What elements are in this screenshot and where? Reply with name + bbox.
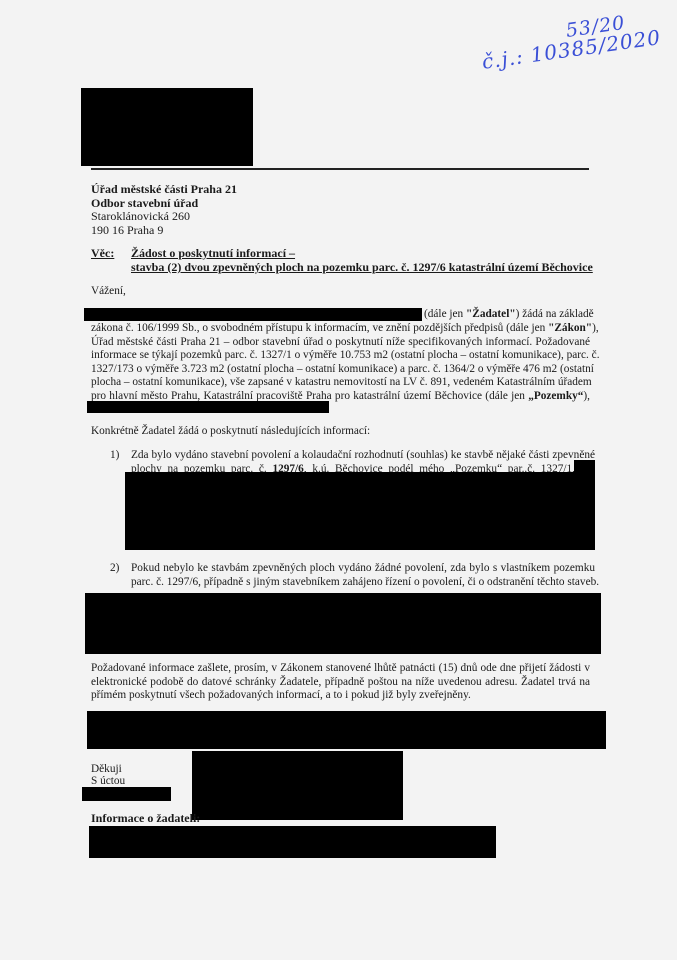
header-divider	[91, 168, 589, 170]
redacted-applicant-info	[89, 826, 496, 858]
applicant-info-heading: Informace o žadateli:	[91, 812, 200, 826]
subject-line-1: Žádost o poskytnutí informací –	[131, 246, 295, 260]
intro-line-3: Úřad městské části Praha 21 – odbor stav…	[91, 336, 590, 350]
intro-line-4: informace se týkají pozemků parc. č. 132…	[91, 349, 590, 363]
redacted-signature	[192, 751, 403, 820]
subject-label: Věc:	[91, 246, 114, 260]
redacted-applicant-name	[84, 308, 422, 321]
question-2: Pokud nebylo ke stavbám zpevněných ploch…	[131, 562, 595, 589]
redacted-block-middle	[85, 593, 601, 654]
intro-paragraph: zákona č. 106/1999 Sb., o svobodném přís…	[91, 322, 590, 403]
recipient-city: 190 16 Praha 9	[91, 224, 237, 238]
recipient-department: Odbor stavební úřad	[91, 197, 237, 211]
intro-line-1-tail: (dále jen "Žadatel") žádá na základě	[424, 308, 590, 322]
closing-paragraph: Požadované informace zašlete, prosím, v …	[91, 662, 590, 703]
recipient-address: Úřad městské části Praha 21 Odbor staveb…	[91, 183, 237, 237]
intro-line-6: plocha – ostatní komunikace), vše zapsan…	[91, 376, 590, 390]
subject-line-2: stavba (2) dvou zpevněných ploch na poze…	[131, 260, 593, 274]
salutation: Vážení,	[91, 285, 126, 299]
redacted-block-bottom	[87, 711, 606, 749]
recipient-office: Úřad městské části Praha 21	[91, 183, 237, 197]
redacted-q1-details	[125, 472, 595, 550]
request-intro: Konkrétně Žadatel žádá o poskytnutí násl…	[91, 425, 370, 439]
redacted-letterhead	[81, 88, 253, 166]
redacted-signer-name	[82, 787, 171, 801]
redacted-q1-inline	[574, 460, 595, 472]
intro-line-5: 1327/173 o výměře 3.723 m2 (ostatní ploc…	[91, 363, 590, 377]
question-1-number: 1)	[110, 449, 119, 461]
redacted-intro-continuation	[87, 401, 329, 413]
question-2-number: 2)	[110, 562, 119, 574]
intro-line-2: zákona č. 106/1999 Sb., o svobodném přís…	[91, 322, 590, 336]
recipient-street: Staroklánovická 260	[91, 210, 237, 224]
